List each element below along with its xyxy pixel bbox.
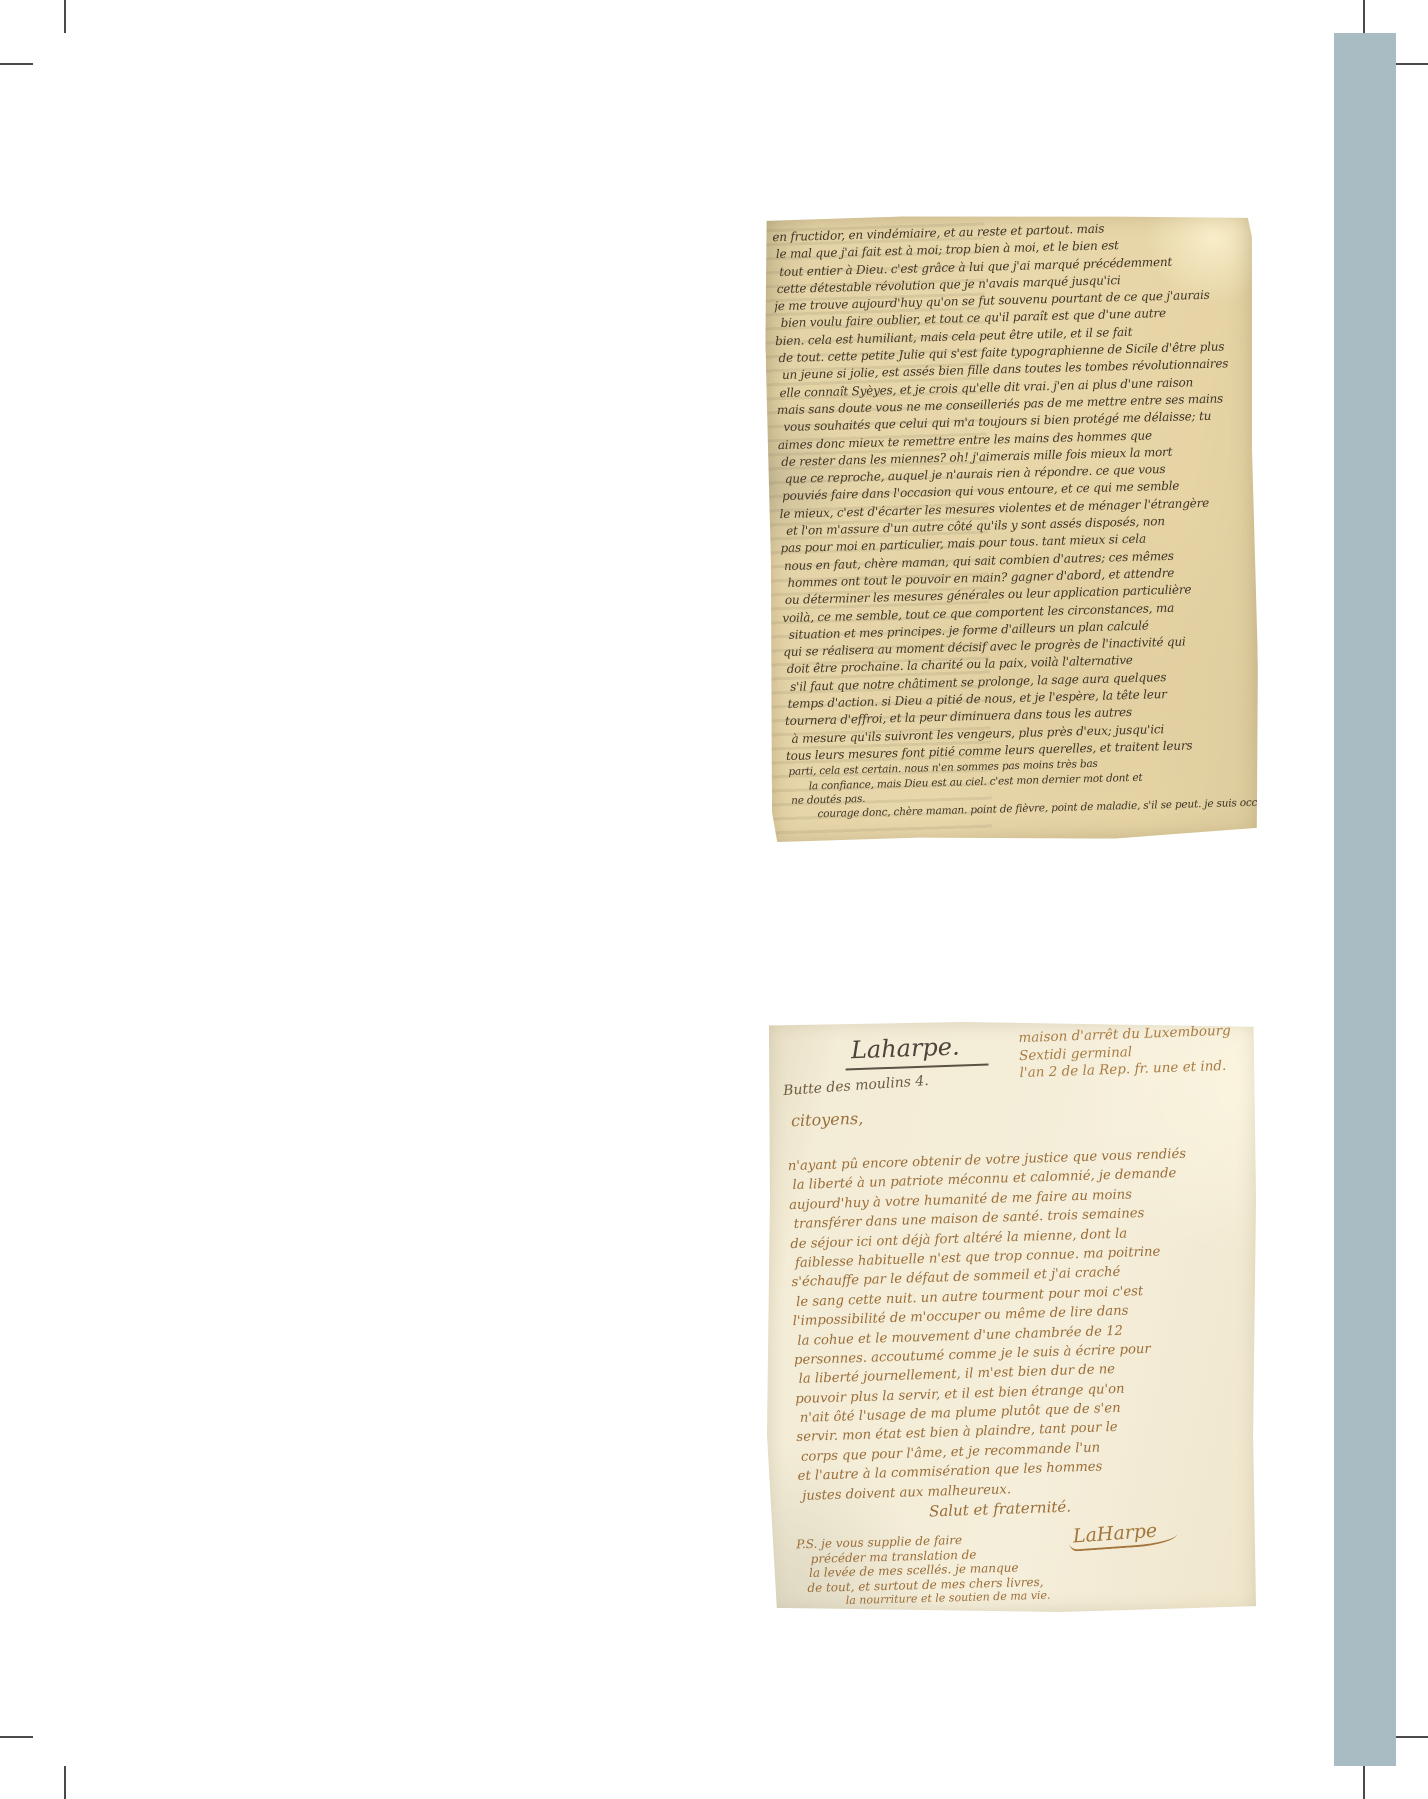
crop-mark-bottom-right-vertical	[1363, 1766, 1365, 1799]
crop-mark-top-right-vertical	[1363, 0, 1365, 33]
crop-mark-top-left-horizontal	[0, 63, 33, 65]
crop-mark-top-left-vertical	[64, 0, 66, 33]
manuscript-1-text: en fructidor, en vindémiaire, et au rest…	[772, 217, 1257, 823]
manuscript-letter-fructidor: en fructidor, en vindémiaire, et au rest…	[764, 212, 1261, 844]
crop-mark-bottom-left-horizontal	[0, 1736, 33, 1738]
archivist-annotation-name: Laharpe.	[844, 1032, 988, 1071]
crop-mark-top-right-horizontal	[1395, 63, 1428, 65]
decorative-side-band	[1334, 33, 1396, 1766]
book-page: en fructidor, en vindémiaire, et au rest…	[0, 0, 1428, 1799]
crop-mark-bottom-left-vertical	[64, 1766, 66, 1799]
letter-closing: Salut et fraternité.	[929, 1498, 1072, 1521]
crop-mark-bottom-right-horizontal	[1395, 1736, 1428, 1738]
manuscript-letter-laharpe: Laharpe. Butte des moulins 4. maison d'a…	[767, 1022, 1256, 1612]
archivist-annotation-address: Butte des moulins 4.	[783, 1073, 930, 1099]
letter-salutation: citoyens,	[791, 1109, 864, 1131]
letter-signature: LaHarpe	[1068, 1518, 1178, 1551]
letter-postscript: P.S. je vous supplie de faireprécéder ma…	[796, 1531, 1051, 1611]
letter-body: n'ayant pû encore obtenir de votre justi…	[788, 1143, 1249, 1506]
letter-dateline: maison d'arrêt du LuxembourgSextidi germ…	[1018, 1022, 1255, 1083]
